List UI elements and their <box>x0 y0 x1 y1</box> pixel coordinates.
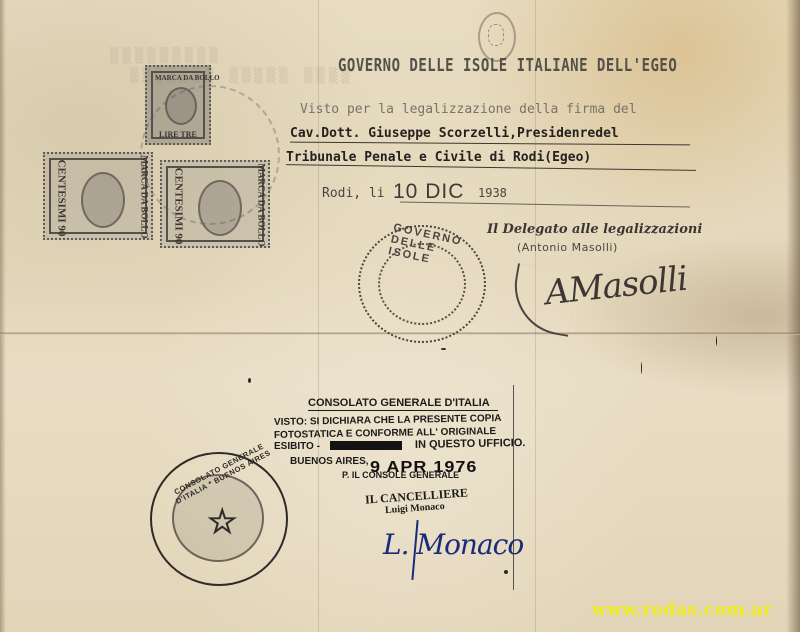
certification-place: BUENOS AIRES, <box>290 456 369 467</box>
consulate-heading: CONSOLATO GENERALE D'ITALIA <box>308 397 490 409</box>
ink-speck <box>716 336 717 346</box>
cancel-postmark <box>140 85 280 225</box>
signature-monaco: L. Monaco <box>383 528 523 561</box>
certification-line-3-suffix: IN QUESTO UFFICIO. <box>415 437 526 451</box>
star-emblem-icon: ☆ <box>207 502 237 542</box>
ink-speck <box>641 362 642 374</box>
stamp-top-label: MARCA DA BOLLO <box>155 74 220 82</box>
paper-fold-vertical <box>318 0 319 632</box>
delegate-name: (Antonio Masolli) <box>517 241 618 254</box>
redacted-name <box>330 441 402 450</box>
signature-masolli: AMasolli <box>543 259 689 314</box>
consulate-seal: ☆ CONSOLATO GENERALE D'ITALIA * BUENOS A… <box>150 452 288 586</box>
stamp-value: CENTESIMI 90 <box>55 160 67 237</box>
heading-underline <box>308 410 498 411</box>
typed-underline <box>290 142 690 146</box>
ink-speck <box>248 378 251 383</box>
website-watermark: www.rodas.com.ar <box>592 600 772 620</box>
government-seal-rodi: GOVERNO DELLE ISOLE <box>358 225 486 343</box>
typed-underline <box>286 164 696 171</box>
legalization-line-3: Tribunale Penale e Civile di Rodi(Egeo) <box>286 150 591 165</box>
legalization-line-2: Cav.Dott. Giuseppe Scorzelli,Presidenred… <box>290 126 619 141</box>
typed-underline <box>400 201 690 207</box>
certification-line-3-prefix: ESIBITO - <box>274 441 320 452</box>
year-stamp-1938: 1938 <box>478 186 507 200</box>
crown-shield-emblem-icon <box>478 12 516 62</box>
paper-edge-left <box>0 0 6 632</box>
bleed-through-text: ▒▒▒▒▒▒▒▒▒ <box>110 48 222 64</box>
document-scan: ▒▒▒▒▒▒▒▒▒ ▒▒▒▒▒▒▒ ▒▒▒▒▒ ▒▒▒▒ GOVERNO DEL… <box>0 0 800 632</box>
ink-speck <box>441 348 446 350</box>
revenue-stamp-centesimi-90: CENTESIMI 90 MARCA DA BOLLO <box>43 152 153 240</box>
place-prefix: Rodi, li <box>322 186 385 201</box>
for-consul-general: P. IL CONSOLE GENERALE <box>342 470 459 480</box>
ink-speck <box>504 570 508 574</box>
king-portrait-icon <box>81 172 125 228</box>
paper-edge-right <box>786 0 800 632</box>
government-header-title: GOVERNO DELLE ISOLE ITALIANE DELL'EGEO <box>338 56 677 76</box>
date-stamp-1938: 10 DIC <box>393 180 464 204</box>
legalization-line-1: Visto per la legalizzazione della firma … <box>300 102 637 117</box>
delegate-title: Il Delegato alle legalizzazioni <box>487 222 702 237</box>
